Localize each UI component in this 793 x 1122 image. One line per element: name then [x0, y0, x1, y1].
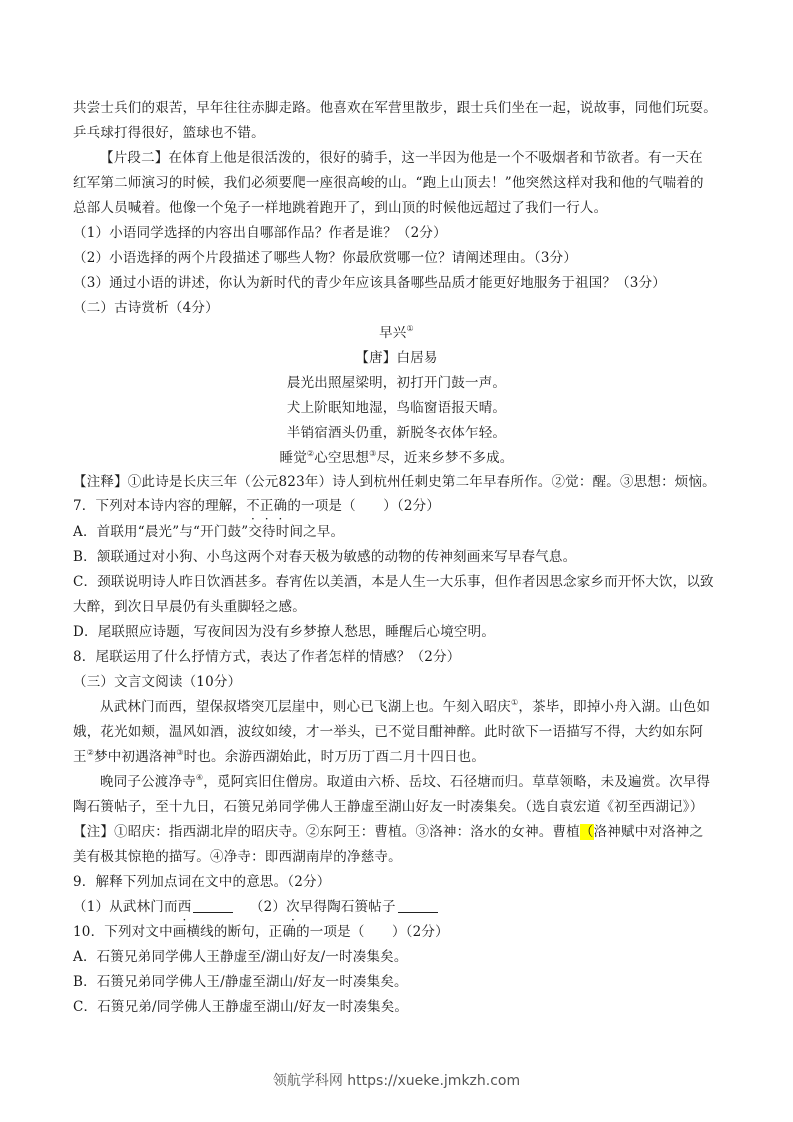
- fragment-two-line: 红军第二师演习的时候，我们必须要爬一座很高峻的山。“跑上山顶去！”他突然这样对我…: [73, 173, 725, 193]
- footnote-marker: ②: [87, 748, 94, 757]
- classical-text-line: 娥，花光如颊，温风如酒，波纹如绫，才一举头，已不觉目酣神醉。此时欲下一语描写不得…: [73, 722, 725, 742]
- classical-text-line: 晚同子公渡净寺④，觅阿宾旧住僧房。取道由六桥、岳坟、石径塘而归。草草领略，未及遍…: [100, 772, 752, 792]
- question-1: （1）小语同学选择的内容出自哪部作品？作者是谁？（2分）: [73, 223, 725, 243]
- emphasis-dot-char: 西: [178, 899, 192, 915]
- passage-line: 乒乓球打得很好，篮球也不错。: [73, 123, 725, 143]
- question-7-option-b: B．颔联通过对小狗、小鸟这两个对春天极为敏感的动物的传神刻画来写早春气息。: [73, 547, 725, 567]
- footnote-marker: ③: [176, 748, 183, 757]
- fragment-two-line: 【片段二】在体育上他是很活泼的，很好的骑手，这一半因为他是一个不吸烟者和节欲者。…: [100, 148, 752, 168]
- poem-notes: 【注释】①此诗是长庆三年（公元823年）诗人到杭州任刺史第二年早春所作。②觉：醒…: [73, 472, 725, 492]
- answer-blank[interactable]: [193, 898, 233, 913]
- poem-title: 早兴①: [0, 323, 793, 343]
- poem-line: 犬上阶眠知地湿，鸟临窗语报天晴。: [0, 398, 793, 418]
- question-2: （2）小语选择的两个片段描述了哪些人物？你最欣赏哪一位？请阐述理由。（3分）: [73, 248, 725, 268]
- question-7-option-a: A．首联用“晨光”与“开门鼓”交待时间之早。: [73, 522, 725, 542]
- answer-blank[interactable]: [398, 898, 438, 913]
- section-heading-classical: （三）文言文阅读（10分）: [73, 672, 725, 692]
- passage-line: 共尝士兵们的艰苦，早年往往赤脚走路。他喜欢在军营里散步，跟士兵们坐在一起，说故事…: [73, 98, 725, 118]
- classical-notes-line: 美有极其惊艳的描写。④净寺：即西湖南岸的净慈寺。: [73, 847, 725, 867]
- footnote-marker: ①: [407, 324, 414, 333]
- poem-line: 半销宿酒头仍重，新脱冬衣体乍轻。: [0, 423, 793, 443]
- question-10-option-b: B．石篑兄弟同学佛人王/静虚至湖山/好友一时凑集矣。: [73, 972, 725, 992]
- poem-line: 睡觉②心空思想③尽，近来乡梦不多成。: [0, 448, 793, 468]
- classical-notes-line: 【注】①昭庆：指西湖北岸的昭庆寺。②东阿王：曹植。③洛神：洛水的女神。曹植（洛神…: [73, 822, 725, 842]
- question-10-option-a: A．石篑兄弟同学佛人王静虚至/湖山好友/一时凑集矣。: [73, 947, 725, 967]
- poem-line: 晨光出照屋梁明，初打开门鼓一声。: [0, 373, 793, 393]
- classical-text-line: 从武林门而西，望保叔塔突兀层崖中，则心已飞湖上也。午刻入昭庆①，茶毕，即掉小舟入…: [100, 697, 752, 717]
- question-9-stem: 9．解释下列加点词在文中的意思。（2分）: [73, 872, 725, 892]
- question-7-option-c: C．颈联说明诗人昨日饮酒甚多。春宵佐以美酒，本是人生一大乐事，但作者因思念家乡而…: [73, 572, 725, 592]
- question-10-stem: 10．下列对文中画横线的断句，正确的一项是（ ）（2分）: [73, 922, 725, 942]
- classical-text-line: 王②梦中初遇洛神③时也。余游西湖始此，时万历丁酉二月十四日也。: [73, 747, 725, 767]
- question-9-items: （1）从武林门而西 （2）次早得陶石篑帖子: [73, 897, 725, 917]
- question-7-option-d: D．尾联照应诗题，写夜间因为没有乡梦撩人愁思，睡醒后心境空明。: [73, 622, 725, 642]
- question-3: （3）通过小语的讲述，你认为新时代的青少年应该具备哪些品质才能更好地服务于祖国？…: [73, 273, 725, 293]
- emphasis-dot-char: 不: [246, 498, 260, 514]
- question-10-option-c: C．石篑兄弟/同学佛人王静虚至湖山/好友一时凑集矣。: [73, 997, 725, 1017]
- question-8: 8．尾联运用了什么抒情方式，表达了作者怎样的情感？（2分）: [73, 647, 725, 667]
- footer-watermark: 领航学科网 https://xueke.jmkzh.com: [0, 1070, 793, 1090]
- exam-page: 共尝士兵们的艰苦，早年往往赤脚走路。他喜欢在军营里散步，跟士兵们坐在一起，说故事…: [0, 0, 793, 1122]
- fragment-two-line: 总部人员喊着。他像一个兔子一样地跳着跑开了，到山顶的时候他远超过了我们一行人。: [73, 198, 725, 218]
- classical-text-line: 陶石篑帖子，至十九日，石篑兄弟同学佛人王静虚至湖山好友一时凑集矣。（选自袁宏道《…: [73, 797, 725, 817]
- emphasis-dot-char: 次: [286, 899, 300, 915]
- section-heading-poem: （二）古诗赏析（4分）: [73, 298, 725, 318]
- emphasis-dot-char: 正: [260, 498, 274, 514]
- highlighted-text: （: [580, 824, 594, 840]
- question-7-stem: 7．下列对本诗内容的理解，不正确的一项是（ ）（2分）: [73, 496, 725, 516]
- poem-author: 【唐】白居易: [0, 348, 793, 368]
- emphasis-dot-char: 确: [274, 498, 288, 514]
- question-7-option-c-cont: 大醉，到次日早晨仍有头重脚轻之感。: [73, 597, 725, 617]
